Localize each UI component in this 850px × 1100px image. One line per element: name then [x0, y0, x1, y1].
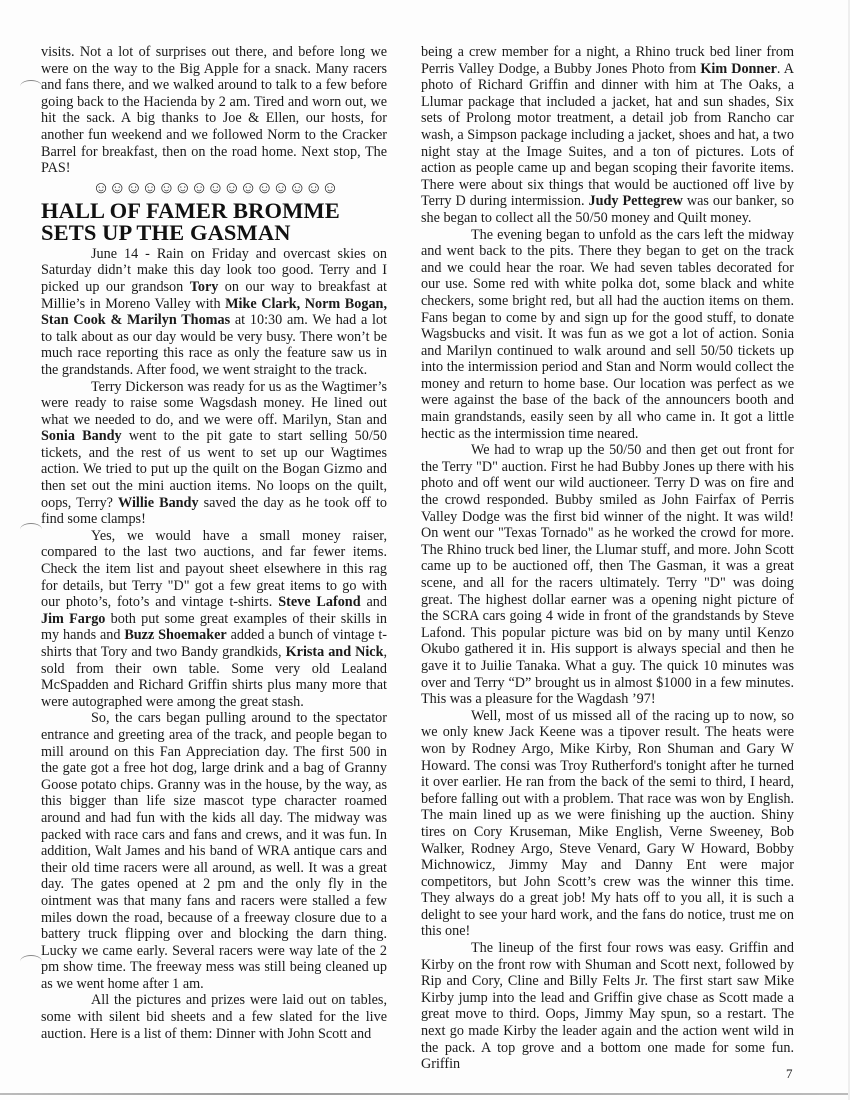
- body-paragraph: The evening began to unfold as the cars …: [421, 227, 794, 443]
- body-paragraph: Yes, we would have a small money raiser,…: [41, 528, 387, 711]
- bold-name: Krista and Nick: [286, 644, 384, 660]
- page-curl-mark: [20, 523, 42, 536]
- smiley-separator: ☺☺☺☺☺☺☺☺☺☺☺☺☺☺☺: [41, 178, 387, 198]
- bold-name: Willie Bandy: [118, 495, 199, 511]
- page-curl-mark: [20, 955, 42, 968]
- body-paragraph: Well, most of us missed all of the racin…: [421, 708, 794, 940]
- bold-name: Judy Pettegrew: [588, 193, 682, 209]
- left-column: visits. Not a lot of surprises out there…: [41, 44, 387, 1042]
- right-column: being a crew member for a night, a Rhino…: [421, 44, 794, 1073]
- body-paragraph: June 14 - Rain on Friday and overcast sk…: [41, 246, 387, 379]
- body-paragraph: We had to wrap up the 50/50 and then get…: [421, 442, 794, 708]
- bold-name: Buzz Shoemaker: [124, 627, 226, 643]
- page-number: 7: [786, 1066, 793, 1082]
- body-paragraph: The lineup of the first four rows was ea…: [421, 940, 794, 1073]
- intro-paragraph: visits. Not a lot of surprises out there…: [41, 44, 387, 177]
- page-curl-mark: [20, 80, 42, 93]
- bold-name: Tory: [190, 279, 219, 295]
- article-headline: HALL OF FAMER BROMME SETS UP THE GASMAN: [41, 200, 387, 244]
- body-paragraph: So, the cars began pulling around to the…: [41, 710, 387, 992]
- body-paragraph: Terry Dickerson was ready for us as the …: [41, 379, 387, 528]
- scan-bottom-edge: [0, 1093, 850, 1095]
- body-paragraph: All the pictures and prizes were laid ou…: [41, 992, 387, 1042]
- body-paragraph: being a crew member for a night, a Rhino…: [421, 44, 794, 227]
- text-run: Terry Dickerson was ready for us as the …: [41, 379, 387, 428]
- newsletter-page: visits. Not a lot of surprises out there…: [0, 0, 850, 1100]
- text-run: and: [361, 594, 387, 610]
- bold-name: Jim Fargo: [41, 611, 105, 627]
- bold-name: Steve Lafond: [278, 594, 360, 610]
- bold-name: Kim Donner: [700, 61, 777, 77]
- text-run: . A photo of Richard Griffin and dinner …: [421, 61, 794, 210]
- bold-name: Sonia Bandy: [41, 428, 122, 444]
